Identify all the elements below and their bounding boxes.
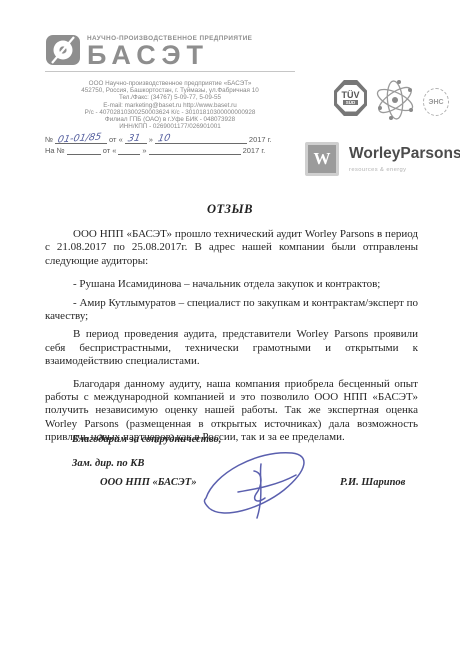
signer-position: Зам. дир. по КВ <box>72 458 144 469</box>
tuv-sud-icon: TÜV SÜD <box>334 80 367 116</box>
incoming-ref-field <box>67 146 101 155</box>
handwritten-day: 31 <box>127 133 141 145</box>
address-line: E-mail: marketing@baset.ru http://www.ba… <box>30 102 310 109</box>
day-field: 31 <box>125 135 147 144</box>
na-no-label: На № <box>45 146 65 155</box>
incoming-day-field <box>118 146 140 155</box>
worleyparsons-tagline: resources & energy <box>349 167 460 173</box>
tuv-label: TÜV <box>342 91 360 100</box>
list-item: - Амир Кутлымуратов – специалист по заку… <box>45 297 418 324</box>
signer-name: Р.И. Шарипов <box>340 477 405 488</box>
sud-label: SÜD <box>343 100 359 106</box>
from-label: от « <box>103 146 117 155</box>
worleyparsons-icon: W <box>305 142 339 176</box>
incoming-ref-line: На №от «»2017 г. <box>45 146 295 157</box>
scanned-letter-page: НАУЧНО-ПРОИЗВОДСТВЕННОЕ ПРЕДПРИЯТИЕ БАСЭ… <box>0 0 460 650</box>
document-title: ОТЗЫВ <box>0 202 460 217</box>
list-item: - Рушана Исамидинова – начальник отдела … <box>45 278 418 291</box>
paragraph: В период проведения аудита, представител… <box>45 328 418 368</box>
baset-logo-icon <box>45 34 81 71</box>
outgoing-ref-line: №01-01/85от «31»102017 г. <box>45 135 295 146</box>
signer-company: ООО НПП «БАСЭТ» <box>100 477 197 488</box>
address-line: ИНН/КПП - 0269001177/026901001 <box>30 123 310 130</box>
worleyparsons-name: WorleyParsons <box>349 145 460 163</box>
quote-close: » <box>149 135 153 144</box>
handwritten-month: 10 <box>157 133 171 145</box>
worleyparsons-logo: W WorleyParsons resources & energy <box>305 142 460 176</box>
company-letterhead: НАУЧНО-ПРОИЗВОДСТВЕННОЕ ПРЕДПРИЯТИЕ БАСЭ… <box>45 28 297 71</box>
letterhead-divider <box>45 71 295 72</box>
ref-number-field: 01-01/85 <box>55 135 107 144</box>
address-line: Тел./Факс: (34767) 5-09-77, 5-09-55 <box>30 94 310 101</box>
address-line: 452750, Россия, Башкортостан, г. Туймазы… <box>30 87 310 94</box>
atom-icon <box>373 78 417 127</box>
reference-number-block: №01-01/85от «31»102017 г. На №от «»2017 … <box>45 135 295 157</box>
month-field: 10 <box>155 135 247 144</box>
incoming-month-field <box>149 146 241 155</box>
handwritten-ref-number: 01-01/85 <box>57 132 103 146</box>
from-label: от « <box>109 135 123 144</box>
no-label: № <box>45 135 53 144</box>
ens-label: ЭНС <box>429 99 444 106</box>
quote-close: » <box>142 146 146 155</box>
ens-cert-icon: ЭНС <box>423 88 449 116</box>
brand-name: БАСЭТ <box>87 42 252 68</box>
document-body: ООО НПП «БАСЭТ» прошло технический аудит… <box>45 228 418 450</box>
year-label: 2017 г. <box>249 135 272 144</box>
year-label: 2017 г. <box>243 146 266 155</box>
address-line: Филиал ГПБ (ОАО) в г.Уфе БИК - 048073928 <box>30 116 310 123</box>
handwritten-signature <box>198 444 318 527</box>
company-address-block: ООО Научно-производственное предприятие … <box>30 80 310 130</box>
address-line: Р/с - 40702810300250003624 К/с - 3010181… <box>30 109 310 116</box>
worley-icon-letter: W <box>314 149 331 169</box>
certification-logos: TÜV SÜD ЭНС <box>334 80 449 126</box>
paragraph: ООО НПП «БАСЭТ» прошло технический аудит… <box>45 228 418 268</box>
